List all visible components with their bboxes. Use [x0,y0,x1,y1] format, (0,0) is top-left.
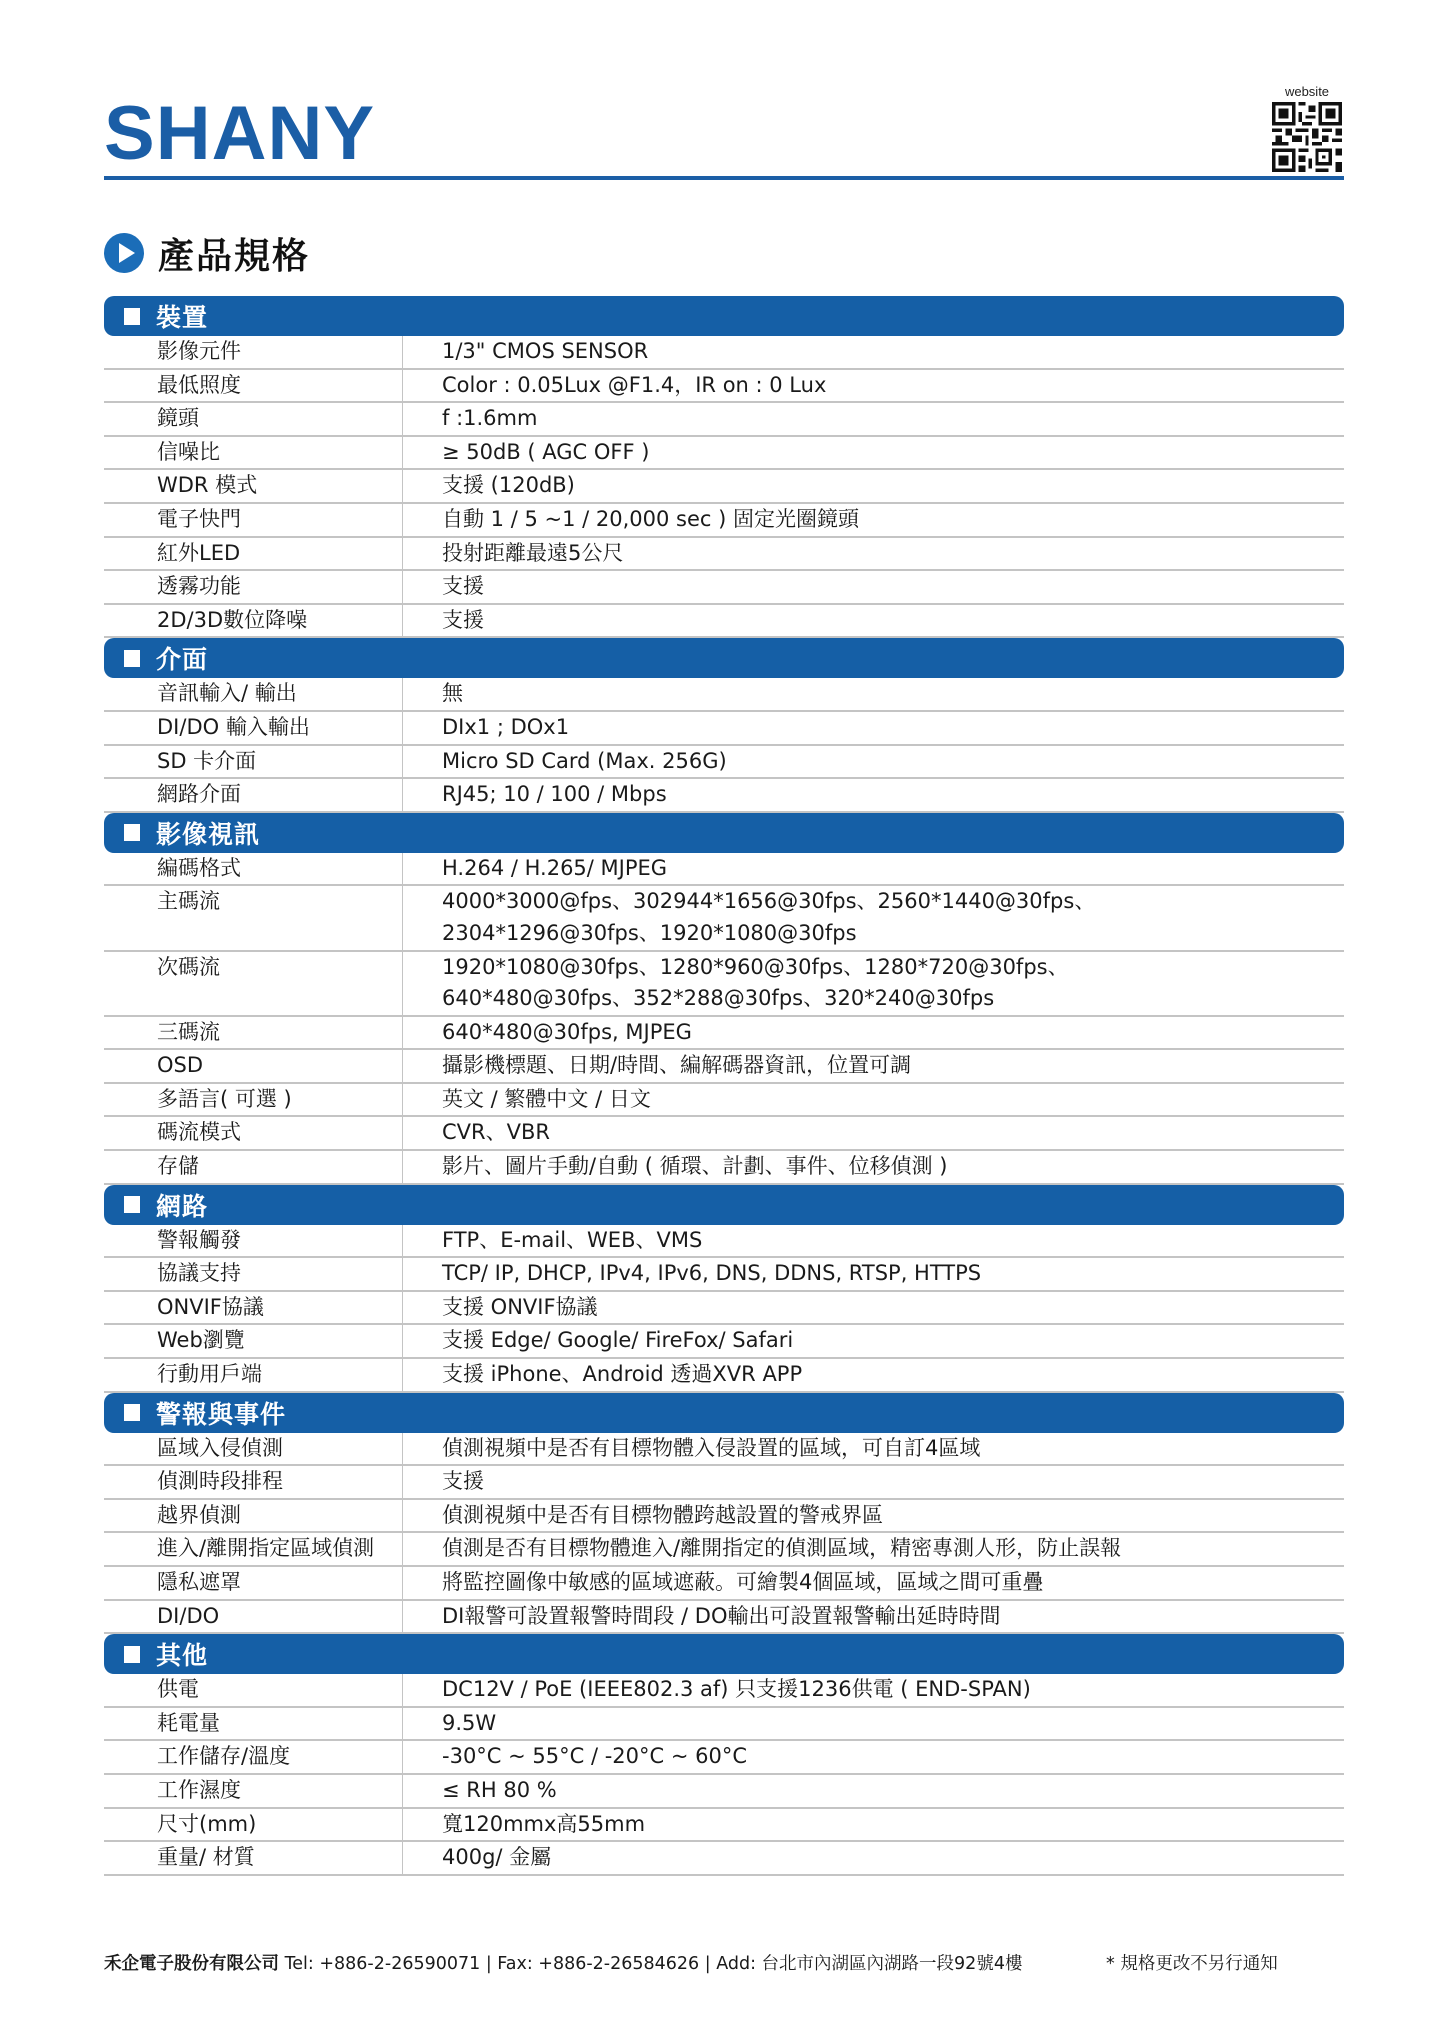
spec-row: DI/DODI報警可設置報警時間段 / DO輸出可設置報警輸出延時時間 [104,1601,1344,1635]
spec-value: 支援 (120dB) [403,470,1344,502]
spec-row: 工作濕度≤ RH 80 % [104,1775,1344,1809]
spec-row: 工作儲存/溫度-30°C ~ 55°C / -20°C ~ 60°C [104,1741,1344,1775]
spec-value-line: 支援 [442,1466,1344,1498]
square-bullet-icon [124,1196,140,1213]
spec-value: 支援 [403,571,1344,603]
square-bullet-icon [124,308,140,325]
spec-row: 網路介面RJ45; 10 / 100 / Mbps [104,779,1344,813]
spec-label: DI/DO 輸入輸出 [104,712,403,744]
spec-label: 耗電量 [104,1708,403,1740]
spec-value-line: 偵測視頻中是否有目標物體跨越設置的警戒界區 [442,1500,1344,1532]
page-title: 產品規格 [158,228,310,279]
spec-value-line: 支援 iPhone、Android 透過XVR APP [442,1359,1344,1391]
spec-value: 4000*3000@fps、302944*1656@30fps、2560*144… [403,886,1344,949]
spec-row: 主碼流4000*3000@fps、302944*1656@30fps、2560*… [104,886,1344,951]
qr-code-icon[interactable] [1272,102,1342,172]
spec-row: 信噪比≥ 50dB ( AGC OFF ) [104,437,1344,471]
spec-value: 400g/ 金屬 [403,1842,1344,1874]
spec-value: Color : 0.05Lux @F1.4，IR on : 0 Lux [403,370,1344,402]
spec-value: RJ45; 10 / 100 / Mbps [403,779,1344,811]
spec-value-line: ≤ RH 80 % [442,1775,1344,1807]
spec-value-line: 9.5W [442,1708,1344,1740]
spec-value: 英文 / 繁體中文 / 日文 [403,1084,1344,1116]
spec-row: OSD攝影機標題、日期/時間、編解碼器資訊，位置可調 [104,1050,1344,1084]
spec-label: 最低照度 [104,370,403,402]
spec-value-line: CVR、VBR [442,1117,1344,1149]
spec-label: 警報觸發 [104,1225,403,1257]
square-bullet-icon [124,1646,140,1663]
spec-value-line: FTP、E-mail、WEB、VMS [442,1225,1344,1257]
spec-label: 工作濕度 [104,1775,403,1807]
spec-value-line: 2304*1296@30fps、1920*1080@30fps [442,918,1344,950]
page-heading: 產品規格 [104,230,310,276]
section-title: 警報與事件 [156,1395,286,1431]
spec-row: 尺寸(mm)寬120mmx高55mm [104,1809,1344,1843]
spec-value-line: 寬120mmx高55mm [442,1809,1344,1841]
spec-value: 支援 iPhone、Android 透過XVR APP [403,1359,1344,1391]
spec-row: 2D/3D數位降噪支援 [104,605,1344,639]
spec-value: 影片、圖片手動/自動 ( 循環、計劃、事件、位移偵測 ) [403,1151,1344,1183]
spec-value: DIx1 ; DOx1 [403,712,1344,744]
spec-value: 1/3" CMOS SENSOR [403,336,1344,368]
spec-value: 寬120mmx高55mm [403,1809,1344,1841]
spec-label: 越界偵測 [104,1500,403,1532]
footer-contact: Tel: +886-2-26590071 | Fax: +886-2-26584… [279,1954,1022,1974]
spec-value: 將監控圖像中敏感的區域遮蔽。可繪製4個區域，區域之間可重疊 [403,1567,1344,1599]
qr-label: website [1270,84,1344,100]
spec-value: 偵測是否有目標物體進入/離開指定的偵測區域，精密專測人形，防止誤報 [403,1533,1344,1565]
spec-value: 640*480@30fps, MJPEG [403,1017,1344,1049]
spec-row: 進入/離開指定區域偵測偵測是否有目標物體進入/離開指定的偵測區域，精密專測人形，… [104,1533,1344,1567]
spec-value: Micro SD Card (Max. 256G) [403,746,1344,778]
spec-value-line: H.264 / H.265/ MJPEG [442,853,1344,885]
section-title: 裝置 [156,298,208,334]
spec-value: 支援 [403,1466,1344,1498]
spec-label: SD 卡介面 [104,746,403,778]
brand-logo: SHANY [104,96,375,172]
spec-label: 重量/ 材質 [104,1842,403,1874]
spec-label: 編碼格式 [104,853,403,885]
spec-value-line: 偵測視頻中是否有目標物體入侵設置的區域，可自訂4區域 [442,1433,1344,1465]
spec-value-line: 投射距離最遠5公尺 [442,538,1344,570]
spec-value-line: 支援 [442,605,1344,637]
spec-row: 協議支持TCP/ IP, DHCP, IPv4, IPv6, DNS, DDNS… [104,1258,1344,1292]
spec-value-line: RJ45; 10 / 100 / Mbps [442,779,1344,811]
spec-row: 三碼流640*480@30fps, MJPEG [104,1017,1344,1051]
spec-label: 多語言( 可選 ) [104,1084,403,1116]
spec-value-line: 自動 1 / 5 ~1 / 20,000 sec ) 固定光圈鏡頭 [442,504,1344,536]
spec-value: 支援 ONVIF協議 [403,1292,1344,1324]
section-header: 其他 [104,1634,1344,1674]
spec-row: 隱私遮罩將監控圖像中敏感的區域遮蔽。可繪製4個區域，區域之間可重疊 [104,1567,1344,1601]
spec-label: 2D/3D數位降噪 [104,605,403,637]
footer-company: 禾企電子股份有限公司 [104,1954,279,1974]
square-bullet-icon [124,1404,140,1421]
spec-label: 信噪比 [104,437,403,469]
spec-row: SD 卡介面Micro SD Card (Max. 256G) [104,746,1344,780]
spec-value: ≥ 50dB ( AGC OFF ) [403,437,1344,469]
spec-value-line: 支援 (120dB) [442,470,1344,502]
spec-value: 支援 Edge/ Google/ FireFox/ Safari [403,1325,1344,1357]
qr-block: website [1270,84,1344,172]
spec-value-line: 640*480@30fps, MJPEG [442,1017,1344,1049]
section-title: 影像視訊 [156,815,260,851]
spec-row: 音訊輸入/ 輸出無 [104,678,1344,712]
spec-label: DI/DO [104,1601,403,1633]
spec-row: 最低照度Color : 0.05Lux @F1.4，IR on : 0 Lux [104,370,1344,404]
spec-value-line: DI報警可設置報警時間段 / DO輸出可設置報警輸出延時時間 [442,1601,1344,1633]
spec-value-line: ≥ 50dB ( AGC OFF ) [442,437,1344,469]
spec-value: DI報警可設置報警時間段 / DO輸出可設置報警輸出延時時間 [403,1601,1344,1633]
section-header: 裝置 [104,296,1344,336]
spec-label: Web瀏覽 [104,1325,403,1357]
spec-label: 音訊輸入/ 輸出 [104,678,403,710]
spec-row: 影像元件1/3" CMOS SENSOR [104,336,1344,370]
spec-value-line: f :1.6mm [442,403,1344,435]
spec-value: 投射距離最遠5公尺 [403,538,1344,570]
section-header: 影像視訊 [104,813,1344,853]
spec-value-line: 支援 [442,571,1344,603]
spec-value-line: 將監控圖像中敏感的區域遮蔽。可繪製4個區域，區域之間可重疊 [442,1567,1344,1599]
spec-row: 供電DC12V / PoE (IEEE802.3 af) 只支援1236供電 (… [104,1674,1344,1708]
spec-row: DI/DO 輸入輸出DIx1 ; DOx1 [104,712,1344,746]
section-header: 網路 [104,1185,1344,1225]
section-header: 警報與事件 [104,1393,1344,1433]
spec-row: 耗電量9.5W [104,1708,1344,1742]
spec-label: 偵測時段排程 [104,1466,403,1498]
spec-row: ONVIF協議支援 ONVIF協議 [104,1292,1344,1326]
spec-label: 三碼流 [104,1017,403,1049]
section-header: 介面 [104,638,1344,678]
spec-row: 存儲影片、圖片手動/自動 ( 循環、計劃、事件、位移偵測 ) [104,1151,1344,1185]
spec-label: 工作儲存/溫度 [104,1741,403,1773]
footer: 禾企電子股份有限公司 Tel: +886-2-26590071 | Fax: +… [104,1950,1022,1975]
spec-value-line: 攝影機標題、日期/時間、編解碼器資訊，位置可調 [442,1050,1344,1082]
spec-row: 多語言( 可選 )英文 / 繁體中文 / 日文 [104,1084,1344,1118]
spec-row: 重量/ 材質400g/ 金屬 [104,1842,1344,1876]
spec-value-line: -30°C ~ 55°C / -20°C ~ 60°C [442,1741,1344,1773]
spec-row: 電子快門自動 1 / 5 ~1 / 20,000 sec ) 固定光圈鏡頭 [104,504,1344,538]
spec-row: 鏡頭 f :1.6mm [104,403,1344,437]
spec-label: ONVIF協議 [104,1292,403,1324]
spec-value-line: 影片、圖片手動/自動 ( 循環、計劃、事件、位移偵測 ) [442,1151,1344,1183]
spec-value-line: 支援 ONVIF協議 [442,1292,1344,1324]
spec-row: 越界偵測偵測視頻中是否有目標物體跨越設置的警戒界區 [104,1500,1344,1534]
spec-value-line: TCP/ IP, DHCP, IPv4, IPv6, DNS, DDNS, RT… [442,1258,1344,1290]
spec-row: 警報觸發FTP、E-mail、WEB、VMS [104,1225,1344,1259]
spec-row: 行動用戶端支援 iPhone、Android 透過XVR APP [104,1359,1344,1393]
spec-label: 次碼流 [104,952,403,1015]
spec-value-line: 1/3" CMOS SENSOR [442,336,1344,368]
section-title: 介面 [156,640,208,676]
spec-value: 支援 [403,605,1344,637]
spec-label: 透霧功能 [104,571,403,603]
spec-label: 主碼流 [104,886,403,949]
spec-value: 偵測視頻中是否有目標物體跨越設置的警戒界區 [403,1500,1344,1532]
spec-value: TCP/ IP, DHCP, IPv4, IPv6, DNS, DDNS, RT… [403,1258,1344,1290]
spec-value-line: 400g/ 金屬 [442,1842,1344,1874]
spec-value: CVR、VBR [403,1117,1344,1149]
spec-row: 偵測時段排程支援 [104,1466,1344,1500]
spec-row: 次碼流1920*1080@30fps、1280*960@30fps、1280*7… [104,952,1344,1017]
spec-value-line: DIx1 ; DOx1 [442,712,1344,744]
section-title: 其他 [156,1636,208,1672]
spec-label: 供電 [104,1674,403,1706]
spec-value-line: 支援 Edge/ Google/ FireFox/ Safari [442,1325,1344,1357]
spec-value-line: 4000*3000@fps、302944*1656@30fps、2560*144… [442,886,1344,918]
spec-value: 無 [403,678,1344,710]
spec-value: 9.5W [403,1708,1344,1740]
spec-label: 行動用戶端 [104,1359,403,1391]
spec-value-line: 無 [442,678,1344,710]
spec-label: WDR 模式 [104,470,403,502]
spec-value-line: 英文 / 繁體中文 / 日文 [442,1084,1344,1116]
square-bullet-icon [124,650,140,667]
spec-label: 碼流模式 [104,1117,403,1149]
spec-value: f :1.6mm [403,403,1344,435]
spec-value: -30°C ~ 55°C / -20°C ~ 60°C [403,1741,1344,1773]
spec-label: 存儲 [104,1151,403,1183]
footer-note: * 規格更改不另行通知 [1106,1950,1278,1975]
spec-value-line: 1920*1080@30fps、1280*960@30fps、1280*720@… [442,952,1344,984]
spec-label: 鏡頭 [104,403,403,435]
spec-value-line: 偵測是否有目標物體進入/離開指定的偵測區域，精密專測人形，防止誤報 [442,1533,1344,1565]
spec-label: 電子快門 [104,504,403,536]
spec-value: H.264 / H.265/ MJPEG [403,853,1344,885]
spec-value: 偵測視頻中是否有目標物體入侵設置的區域，可自訂4區域 [403,1433,1344,1465]
spec-value: 自動 1 / 5 ~1 / 20,000 sec ) 固定光圈鏡頭 [403,504,1344,536]
spec-value: 1920*1080@30fps、1280*960@30fps、1280*720@… [403,952,1344,1015]
spec-label: OSD [104,1050,403,1082]
spec-value: ≤ RH 80 % [403,1775,1344,1807]
play-circle-icon [104,233,144,273]
spec-value-line: 640*480@30fps、352*288@30fps、320*240@30fp… [442,983,1344,1015]
spec-label: 協議支持 [104,1258,403,1290]
spec-label: 進入/離開指定區域偵測 [104,1533,403,1565]
spec-label: 隱私遮罩 [104,1567,403,1599]
spec-label: 區域入侵偵測 [104,1433,403,1465]
spec-value-line: Micro SD Card (Max. 256G) [442,746,1344,778]
spec-row: 紅外LED投射距離最遠5公尺 [104,538,1344,572]
spec-label: 影像元件 [104,336,403,368]
spec-value-line: Color : 0.05Lux @F1.4，IR on : 0 Lux [442,370,1344,402]
spec-label: 網路介面 [104,779,403,811]
spec-value: DC12V / PoE (IEEE802.3 af) 只支援1236供電 ( E… [403,1674,1344,1706]
spec-row: 碼流模式CVR、VBR [104,1117,1344,1151]
header-divider [104,176,1344,180]
spec-row: 編碼格式H.264 / H.265/ MJPEG [104,853,1344,887]
section-title: 網路 [156,1187,208,1223]
spec-row: Web瀏覽支援 Edge/ Google/ FireFox/ Safari [104,1325,1344,1359]
spec-row: WDR 模式支援 (120dB) [104,470,1344,504]
spec-row: 透霧功能支援 [104,571,1344,605]
spec-table: 裝置影像元件1/3" CMOS SENSOR最低照度Color : 0.05Lu… [104,296,1344,1876]
spec-label: 紅外LED [104,538,403,570]
square-bullet-icon [124,824,140,841]
spec-value-line: DC12V / PoE (IEEE802.3 af) 只支援1236供電 ( E… [442,1674,1344,1706]
spec-label: 尺寸(mm) [104,1809,403,1841]
spec-value: 攝影機標題、日期/時間、編解碼器資訊，位置可調 [403,1050,1344,1082]
spec-value: FTP、E-mail、WEB、VMS [403,1225,1344,1257]
spec-row: 區域入侵偵測偵測視頻中是否有目標物體入侵設置的區域，可自訂4區域 [104,1433,1344,1467]
